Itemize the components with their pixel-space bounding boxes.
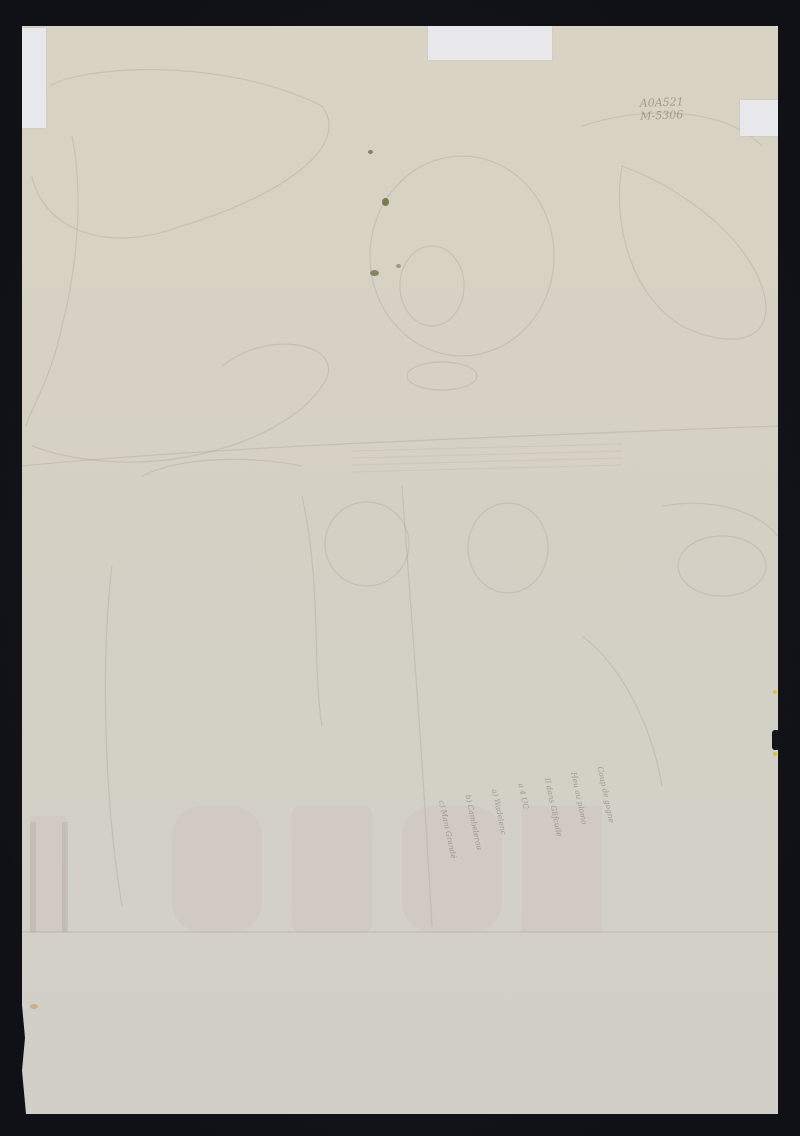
green-speck	[370, 270, 379, 276]
inscription-line: b) Cambelerou	[464, 794, 485, 854]
inscription-line: Heu au plomo	[569, 771, 590, 831]
green-speck	[382, 198, 389, 206]
edge-notch	[772, 730, 780, 750]
inscription-line: Coup de gogne	[596, 766, 617, 826]
paper-sheet: A0A521 M-5306 Coup de gogne Heu au plomo…	[22, 26, 778, 1114]
tape-top-center	[428, 26, 552, 60]
catalog-line-2: M-5306	[640, 108, 683, 122]
catalog-number: A0A521 M-5306	[640, 95, 685, 123]
orange-speck	[30, 1004, 38, 1009]
inscription-line: a) Wadelenc	[490, 788, 511, 848]
yellow-mark	[773, 690, 777, 694]
tape-top-left	[22, 28, 46, 128]
green-speck	[396, 264, 401, 268]
yellow-mark	[773, 752, 777, 756]
green-speck	[368, 150, 373, 154]
tape-top-right	[740, 100, 778, 136]
inscription-line: Il dans Glifcuile	[543, 777, 564, 837]
pencil-show-through	[22, 26, 778, 1114]
inscription-line: c) Mani Grandé	[437, 799, 458, 859]
inscription-line: a 4 UC	[516, 783, 537, 843]
